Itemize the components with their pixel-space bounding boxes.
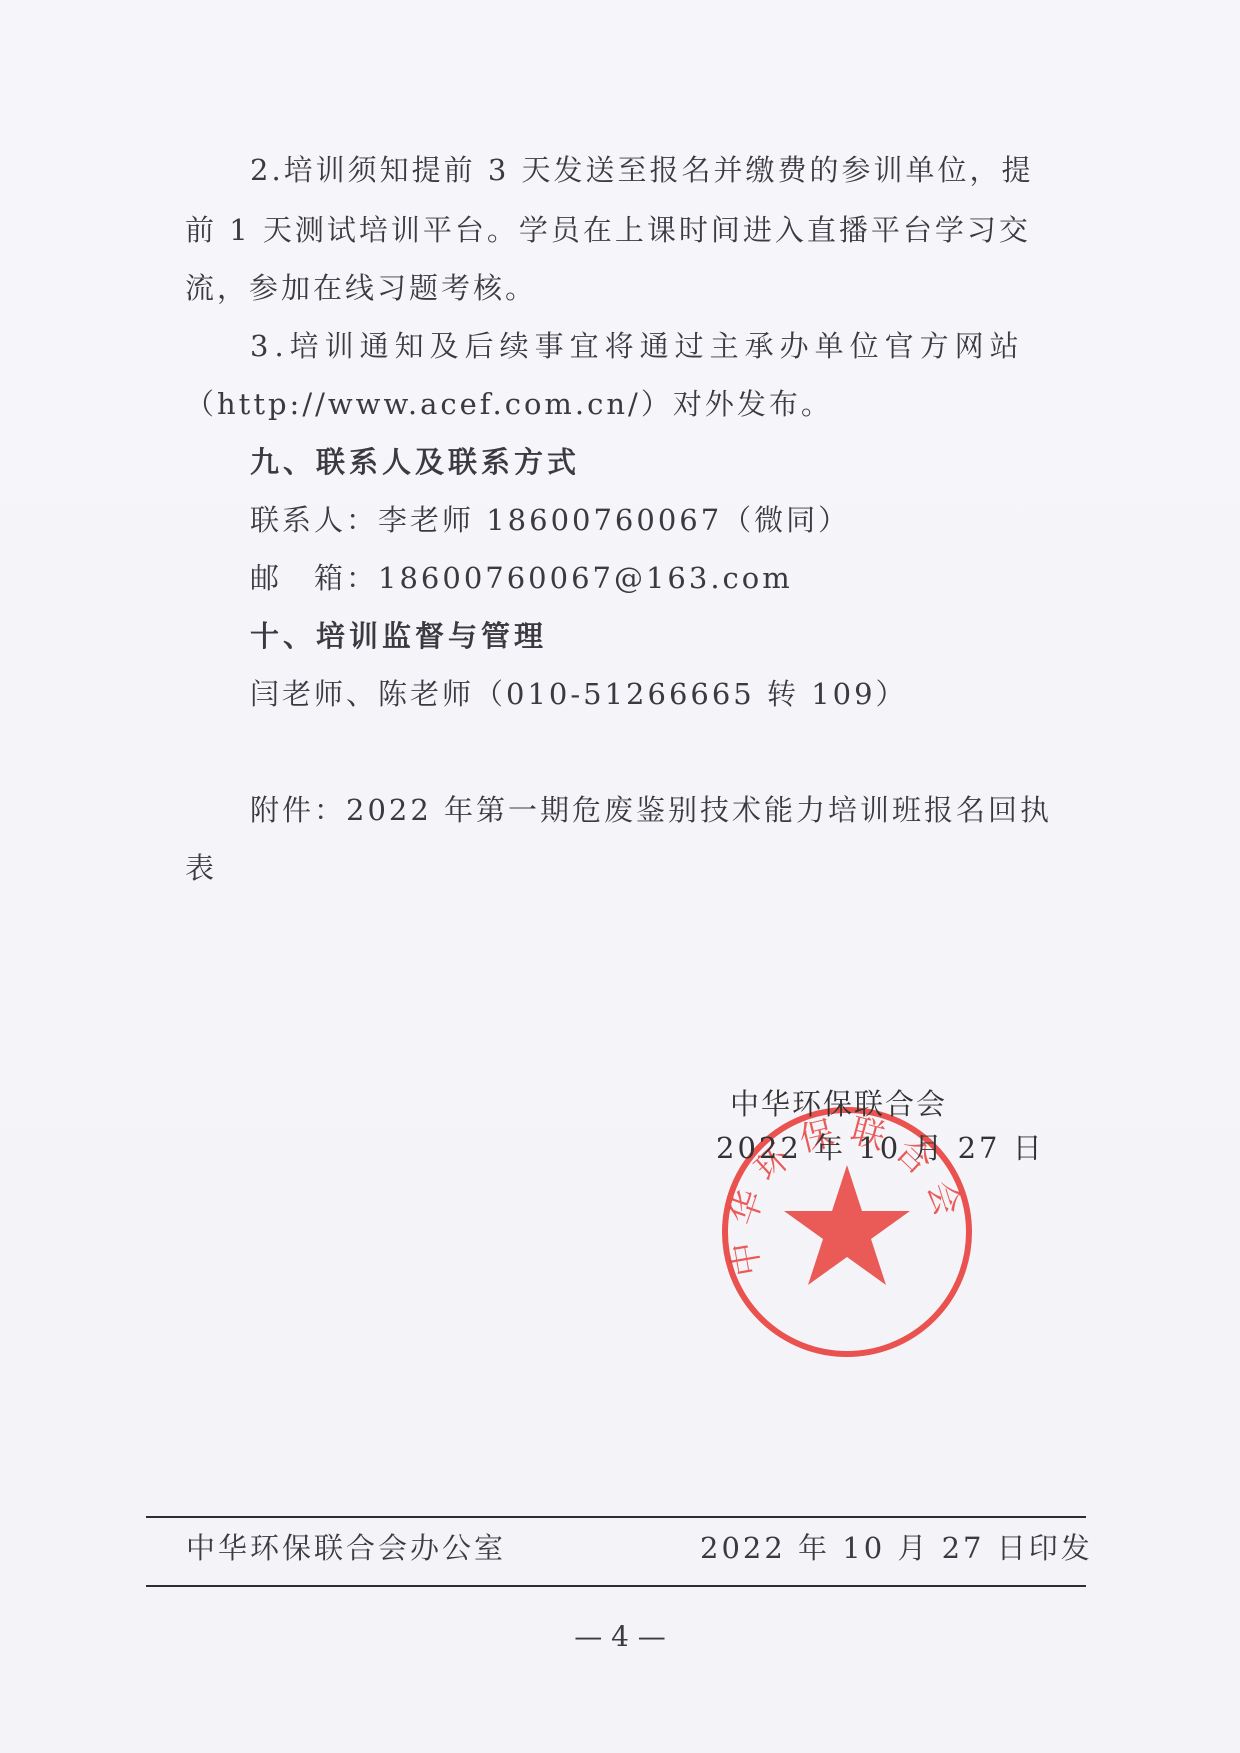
attachment-line-1: 附件：2022 年第一期危废鉴别技术能力培训班报名回执 bbox=[250, 790, 1052, 830]
contact-person: 联系人：李老师 18600760067（微同） bbox=[250, 500, 850, 540]
paragraph-3-line-1: 3.培训通知及后续事宜将通过主承办单位官方网站 bbox=[250, 326, 1025, 366]
footer-issue-date: 2022 年 10 月 27 日印发 bbox=[700, 1528, 1093, 1568]
email-address[interactable]: 18600760067@163.com bbox=[378, 561, 793, 595]
paragraph-2-line-2: 前 1 天测试培训平台。学员在上课时间进入直播平台学习交 bbox=[185, 210, 1031, 250]
paragraph-2-line-3: 流，参加在线习题考核。 bbox=[185, 268, 537, 308]
footer-bottom-rule bbox=[146, 1585, 1086, 1587]
document-page: 2.培训须知提前 3 天发送至报名并缴费的参训单位，提 前 1 天测试培训平台。… bbox=[0, 0, 1240, 1753]
signature-organization: 中华环保联合会 bbox=[730, 1084, 947, 1124]
page-number: — 4 — bbox=[0, 1620, 1240, 1653]
footer-office: 中华环保联合会办公室 bbox=[186, 1528, 506, 1568]
footer-top-rule bbox=[146, 1516, 1086, 1518]
signature-date: 2022 年 10 月 27 日 bbox=[716, 1128, 1045, 1168]
paragraph-3-line-2: （http://www.acef.com.cn/）对外发布。 bbox=[185, 384, 833, 424]
email-label: 邮 箱： bbox=[250, 561, 378, 595]
contact-email-row: 邮 箱：18600760067@163.com bbox=[250, 558, 793, 598]
section-9-heading: 九、联系人及联系方式 bbox=[250, 442, 580, 482]
paragraph-2-line-1: 2.培训须知提前 3 天发送至报名并缴费的参训单位，提 bbox=[250, 150, 1034, 190]
supervision-contacts: 闫老师、陈老师（010-51266665 转 109） bbox=[250, 674, 908, 714]
attachment-line-2: 表 bbox=[185, 848, 217, 888]
section-10-heading: 十、培训监督与管理 bbox=[250, 616, 547, 656]
